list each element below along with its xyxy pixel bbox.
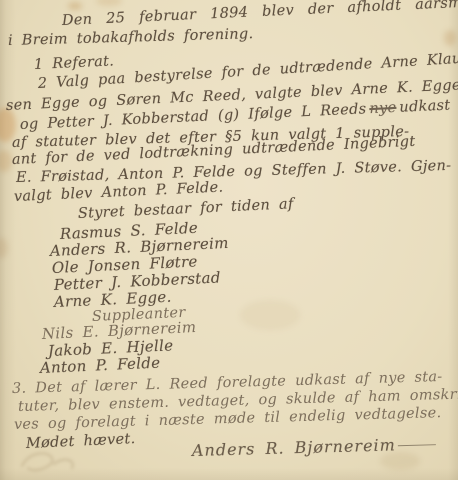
minutes-date-line: Den 25 februar 1894 blev der afholdt aar… <box>62 0 458 29</box>
signature-name: Anders R. Bjørnereim <box>192 435 396 460</box>
signature: Anders R. Bjørnereim <box>192 434 436 460</box>
signature-flourish <box>398 444 436 447</box>
ink-bleed-mark <box>14 448 84 480</box>
manuscript-page: Den 25 februar 1894 blev der afholdt aar… <box>0 0 458 480</box>
stain-left-edge-lower <box>0 238 8 258</box>
adjourned-line: Mødet hævet. <box>26 431 136 452</box>
stain-top-left <box>68 2 82 10</box>
stain-right-edge <box>444 30 456 46</box>
struck-out-word: nye <box>369 100 397 117</box>
stain-left-edge-mid <box>0 150 12 172</box>
stain-bottom-right <box>380 452 420 470</box>
stain-top-edge <box>96 0 122 6</box>
minutes-society-line: i Breim tobakafholds forening. <box>8 26 254 49</box>
line-text: udkast <box>399 97 451 115</box>
stain-center-low <box>240 300 300 330</box>
agenda-item-1: 1 Referat. <box>34 53 115 73</box>
